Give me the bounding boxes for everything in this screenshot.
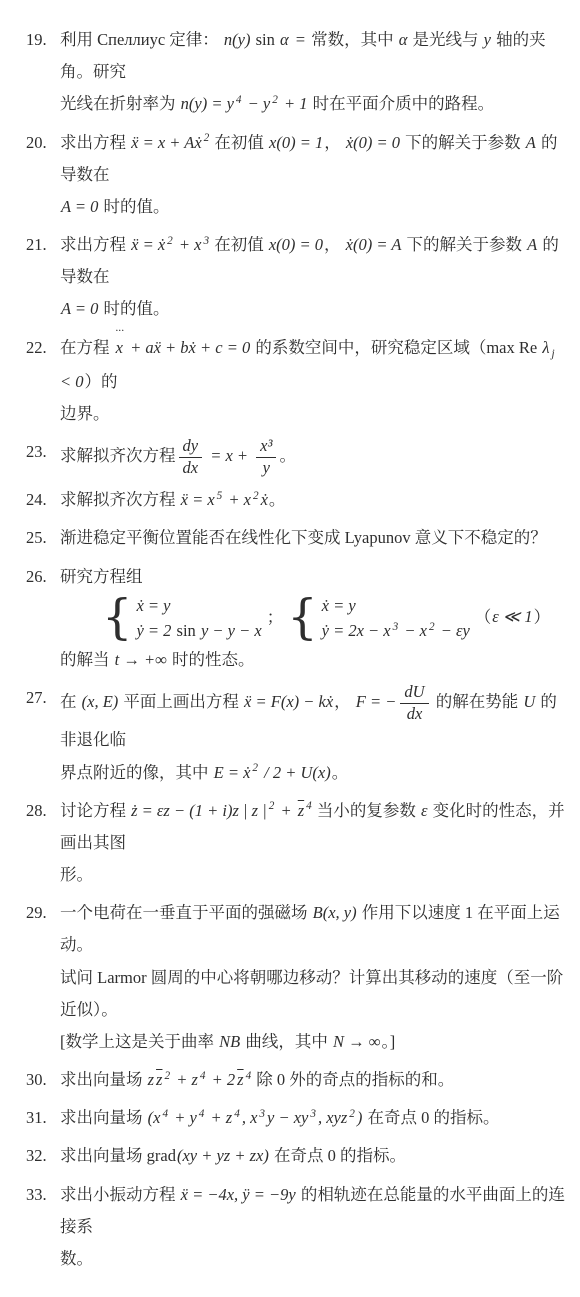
problem-item: 24.求解拟齐次方程 ẍ = x5 + x2ẋ。 xyxy=(26,484,570,516)
math-run: n(y) xyxy=(223,30,252,49)
math-run: + z xyxy=(171,1070,199,1089)
math-run: ẋ = y xyxy=(135,596,171,615)
system-rows: ẋ = yẏ = 2 sin y − y − x xyxy=(135,593,262,644)
problem-item: 21.求出方程 ẍ = ẋ2 + x3 在初值 x(0) = 0， ẋ(0) =… xyxy=(26,229,570,326)
problem-number: 28. xyxy=(26,795,60,892)
superscript: 2 xyxy=(251,762,259,774)
problem-item: 23.求解拟齐次方程dydx = x + x³y。 xyxy=(26,436,570,478)
math-run: ẏ = 2 xyxy=(135,621,176,640)
problem-line: 一个电荷在一垂直于平面的强磁场 B(x, y) 作用下以速度 1 在平面上运动。 xyxy=(60,897,570,961)
text-run: 求出小振动方程 xyxy=(60,1185,180,1204)
math-run: + z xyxy=(205,1108,233,1127)
system-brace: { xyxy=(287,598,317,639)
text-run: 在方程 xyxy=(60,338,114,357)
text-run: 形。 xyxy=(60,865,93,884)
math-run: ż = εz − (1 + i)z | z | xyxy=(130,801,268,820)
math-run: − εy xyxy=(436,621,471,640)
math-run: x(0) = 0 xyxy=(268,235,324,254)
text-run: 渐进稳定平衡位置能否在线性化下变成 Lyapunov 意义下不稳定的？ xyxy=(60,528,547,547)
math-run: y − y − x xyxy=(200,621,263,640)
text-run: 界点附近的像，其中 xyxy=(60,763,213,782)
math-run: / 2 + U(x) xyxy=(259,763,332,782)
math-run: x xyxy=(115,338,124,357)
math-run: ε xyxy=(420,801,429,820)
problem-number: 26. xyxy=(26,561,60,676)
text-run: ， xyxy=(324,235,345,254)
math-run: ẍ = x + Aẋ xyxy=(130,133,203,152)
math-run: x(0) = 1 xyxy=(268,133,324,152)
problem-number: 33. xyxy=(26,1179,60,1276)
math-run: A = 0 xyxy=(60,299,99,318)
fraction-numerator: dy xyxy=(179,436,203,458)
text-run: sin xyxy=(251,30,279,49)
superscript: 2 xyxy=(348,1108,356,1120)
problem-line: {ẋ = yẏ = 2 sin y − y − x；{ẋ = yẏ = 2x −… xyxy=(60,593,570,644)
math-run: ε ≪ 1 xyxy=(491,607,533,626)
text-run: [数学上这是关于曲率 xyxy=(60,1032,218,1051)
text-run: ， xyxy=(334,692,355,711)
text-run: 的解在势能 xyxy=(432,692,523,711)
text-run: 求出向量场 xyxy=(60,1146,147,1165)
superscript: 2 xyxy=(163,1070,171,1082)
text-run: 光线在折射率为 xyxy=(60,94,180,113)
text-run: 。] xyxy=(382,1032,396,1051)
problem-line: 数。 xyxy=(60,1243,570,1275)
text-run: ）的 xyxy=(85,372,118,391)
math-run: ẍ = F(x) − kẋ xyxy=(243,692,334,711)
problem-number: 31. xyxy=(26,1102,60,1134)
superscript: 4 xyxy=(199,1070,207,1082)
text-run: 利用 Спеллиус 定律： xyxy=(60,30,223,49)
fraction-numerator: x³ xyxy=(256,436,276,458)
math-run: + y xyxy=(169,1108,198,1127)
text-run: 在初值 xyxy=(210,133,268,152)
superscript: 3 xyxy=(309,1108,317,1120)
math-run: y − xy xyxy=(266,1108,309,1127)
document-page: 19.利用 Спеллиус 定律： n(y) sin α = 常数，其中 α … xyxy=(0,0,580,1297)
math-run: = x + xyxy=(205,446,253,465)
system-rows: ẋ = yẏ = 2x − x3 − x2 − εy xyxy=(321,593,471,644)
problem-item: 22.在方程 ···x + aẍ + bẋ + c = 0 的系数空间中，研究稳… xyxy=(26,332,570,431)
fraction: dydx xyxy=(179,436,203,478)
fraction-denominator: y xyxy=(259,458,274,479)
system-equation-row: ẋ = y xyxy=(321,593,471,619)
system-brace: { xyxy=(102,598,132,639)
text-run: 求出向量场 xyxy=(60,1070,147,1089)
text-run: 研究方程组 xyxy=(60,567,143,586)
text-run: 的系数空间中，研究稳定区域（ xyxy=(251,338,486,357)
math-run: B(x, y) xyxy=(312,903,358,922)
problem-body: 在 (x, E) 平面上画出方程 ẍ = F(x) − kẋ， F = −dUd… xyxy=(60,682,570,789)
overbar-term: z xyxy=(297,801,305,820)
text-run: 试问 Larmor 圆周的中心将朝哪边移动？计算出其移动的速度（至一阶近似）。 xyxy=(60,968,563,1019)
problem-item: 28.讨论方程 ż = εz − (1 + i)z | z |2 + z4 当小… xyxy=(26,795,570,892)
math-run: + aẍ + bẋ + c = 0 xyxy=(125,338,251,357)
text-run: 下的解关于参数 xyxy=(402,235,526,254)
problem-item: 32.求出向量场 grad(xy + yz + zx) 在奇点 0 的指标。 xyxy=(26,1140,570,1172)
superscript: 3 xyxy=(202,235,210,247)
problem-number: 29. xyxy=(26,897,60,1058)
text-run: 时在平面介质中的路程。 xyxy=(308,94,494,113)
equation-system: {ẋ = yẏ = 2x − x3 − x2 − εy xyxy=(287,593,471,644)
problem-item: 30.求出向量场 zz2 + z4 + 2z4 除 0 外的奇点的指标的和。 xyxy=(26,1064,570,1096)
problem-line: 求出向量场 zz2 + z4 + 2z4 除 0 外的奇点的指标的和。 xyxy=(60,1064,570,1096)
text-run: max Re xyxy=(486,338,541,357)
math-run: A = 0 xyxy=(60,197,99,216)
superscript: 2 xyxy=(271,94,279,106)
problem-line: 试问 Larmor 圆周的中心将朝哪边移动？计算出其移动的速度（至一阶近似）。 xyxy=(60,962,570,1026)
problem-line: 讨论方程 ż = εz − (1 + i)z | z |2 + z4 当小的复参… xyxy=(60,795,570,859)
text-run: 时的值。 xyxy=(99,299,169,318)
text-run: 除 0 外的奇点的指标的和。 xyxy=(252,1070,454,1089)
problem-line: 求出方程 ẍ = x + Aẋ2 在初值 x(0) = 1， ẋ(0) = 0 … xyxy=(60,127,570,191)
text-run: 时的值。 xyxy=(99,197,169,216)
problem-body: 求出向量场 zz2 + z4 + 2z4 除 0 外的奇点的指标的和。 xyxy=(60,1064,570,1096)
problem-number: 19. xyxy=(26,24,60,121)
problem-number: 23. xyxy=(26,436,60,478)
problem-body: 求解拟齐次方程 ẍ = x5 + x2ẋ。 xyxy=(60,484,570,516)
problem-item: 27.在 (x, E) 平面上画出方程 ẍ = F(x) − kẋ， F = −… xyxy=(26,682,570,789)
problem-line: 研究方程组 xyxy=(60,561,570,593)
math-run: + 2 xyxy=(207,1070,237,1089)
math-run: + x xyxy=(174,235,203,254)
problem-body: 求出向量场 grad(xy + yz + zx) 在奇点 0 的指标。 xyxy=(60,1140,570,1172)
problem-body: 求出小振动方程 ẍ = −4x, ÿ = −9y 的相轨迹在总能量的水平曲面上的… xyxy=(60,1179,570,1276)
problem-body: 求出方程 ẍ = x + Aẋ2 在初值 x(0) = 1， ẋ(0) = 0 … xyxy=(60,127,570,224)
problem-number: 24. xyxy=(26,484,60,516)
problem-number: 20. xyxy=(26,127,60,224)
text-run: 。 xyxy=(279,446,296,465)
problem-number: 25. xyxy=(26,522,60,554)
math-run: ẍ = x xyxy=(180,490,216,509)
problem-item: 31.求出向量场 (x4 + y4 + z4, x3y − xy3, xyz2)… xyxy=(26,1102,570,1134)
superscript: 4 xyxy=(235,94,243,106)
problem-line: 界点附近的像，其中 E = ẋ2 / 2 + U(x)。 xyxy=(60,757,570,789)
problem-number: 27. xyxy=(26,682,60,789)
text-run: 当小的复参数 xyxy=(313,801,420,820)
math-run: U xyxy=(522,692,536,711)
math-run: + 1 xyxy=(279,94,309,113)
text-run: 求出方程 xyxy=(60,235,130,254)
text-run: 是光线与 xyxy=(408,30,482,49)
third-derivative-term: ···x xyxy=(115,332,124,364)
problem-line: 渐进稳定平衡位置能否在线性化下变成 Lyapunov 意义下不稳定的？ xyxy=(60,522,570,554)
math-run: − x xyxy=(399,621,428,640)
problem-line: 光线在折射率为 n(y) = y4 − y2 + 1 时在平面介质中的路程。 xyxy=(60,88,570,120)
problem-body: 求解拟齐次方程dydx = x + x³y。 xyxy=(60,436,570,478)
text-run: 求出向量场 xyxy=(60,1108,147,1127)
superscript: 4 xyxy=(305,800,313,812)
problem-body: 讨论方程 ż = εz − (1 + i)z | z |2 + z4 当小的复参… xyxy=(60,795,570,892)
problem-line: 在方程 ···x + aẍ + bẋ + c = 0 的系数空间中，研究稳定区域… xyxy=(60,332,570,398)
math-run: α xyxy=(279,30,290,49)
math-run: λ xyxy=(541,338,550,357)
problem-line: 求出向量场 (x4 + y4 + z4, x3y − xy3, xyz2) 在奇… xyxy=(60,1102,570,1134)
problem-item: 20.求出方程 ẍ = x + Aẋ2 在初值 x(0) = 1， ẋ(0) =… xyxy=(26,127,570,224)
math-run: ẍ = ẋ xyxy=(130,235,166,254)
text-run: grad xyxy=(147,1146,176,1165)
text-run: 在奇点 0 的指标。 xyxy=(270,1146,406,1165)
math-run: ẋ(0) = A xyxy=(345,235,403,254)
problem-number: 32. xyxy=(26,1140,60,1172)
problem-number: 22. xyxy=(26,332,60,431)
math-run: t → +∞ xyxy=(114,650,168,669)
subscript: j xyxy=(551,348,556,360)
superscript: 4 xyxy=(161,1108,169,1120)
text-run: 求解拟齐次方程 xyxy=(60,446,176,465)
math-run: ẏ = 2x − x xyxy=(321,621,392,640)
text-run: 求出方程 xyxy=(60,133,130,152)
superscript: 4 xyxy=(233,1108,241,1120)
math-run: (x, E) xyxy=(81,692,120,711)
math-run: NB xyxy=(218,1032,241,1051)
math-run: + x xyxy=(223,490,252,509)
equation-system: {ẋ = yẏ = 2 sin y − y − x xyxy=(102,593,263,644)
problem-line: 求出向量场 grad(xy + yz + zx) 在奇点 0 的指标。 xyxy=(60,1140,570,1172)
problem-item: 33.求出小振动方程 ẍ = −4x, ÿ = −9y 的相轨迹在总能量的水平曲… xyxy=(26,1179,570,1276)
superscript: 2 xyxy=(252,490,260,502)
text-run: ； xyxy=(267,607,284,626)
triple-dot-accent: ··· xyxy=(115,325,124,337)
superscript: 2 xyxy=(428,621,436,633)
math-run: ẋ xyxy=(260,490,269,509)
text-run: 在 xyxy=(60,692,81,711)
problem-number: 21. xyxy=(26,229,60,326)
text-run: （ xyxy=(475,607,492,626)
problem-line: 求解拟齐次方程 ẍ = x5 + x2ẋ。 xyxy=(60,484,570,516)
text-run: 讨论方程 xyxy=(60,801,130,820)
text-run: 在奇点 0 的指标。 xyxy=(363,1108,499,1127)
problem-number: 30. xyxy=(26,1064,60,1096)
problem-body: 研究方程组{ẋ = yẏ = 2 sin y − y − x；{ẋ = yẏ =… xyxy=(60,561,570,676)
math-run: (xy + yz + zx) xyxy=(176,1146,270,1165)
text-run: 常数，其中 xyxy=(311,30,398,49)
math-run: z xyxy=(147,1070,155,1089)
math-run: A xyxy=(526,235,538,254)
text-run: ） xyxy=(534,607,551,626)
problem-line: 求解拟齐次方程dydx = x + x³y。 xyxy=(60,436,570,478)
fraction-numerator: dU xyxy=(400,682,428,704)
text-run: 。 xyxy=(269,490,286,509)
problem-line: 求出小振动方程 ẍ = −4x, ÿ = −9y 的相轨迹在总能量的水平曲面上的… xyxy=(60,1179,570,1243)
text-run: sin xyxy=(177,621,200,640)
problem-body: 在方程 ···x + aẍ + bẋ + c = 0 的系数空间中，研究稳定区域… xyxy=(60,332,570,431)
fraction: dUdx xyxy=(400,682,428,724)
overbar-term: z xyxy=(236,1070,244,1089)
text-run: 数。 xyxy=(60,1249,93,1268)
math-run: y xyxy=(483,30,492,49)
problem-line: 的解当 t → +∞ 时的性态。 xyxy=(60,644,570,676)
math-run: E = ẋ xyxy=(213,763,252,782)
text-run: 一个电荷在一垂直于平面的强磁场 xyxy=(60,903,312,922)
math-run: N → ∞ xyxy=(332,1032,382,1051)
text-run: ， xyxy=(324,133,345,152)
math-run: + xyxy=(275,801,296,820)
text-run: 的解当 xyxy=(60,650,114,669)
system-equation-row: ẏ = 2x − x3 − x2 − εy xyxy=(321,618,471,644)
problem-item: 25.渐进稳定平衡位置能否在线性化下变成 Lyapunov 意义下不稳定的？ xyxy=(26,522,570,554)
math-run: − y xyxy=(243,94,272,113)
math-run: α xyxy=(398,30,409,49)
fraction: x³y xyxy=(256,436,276,478)
math-run: = xyxy=(290,30,311,49)
problem-list: 19.利用 Спеллиус 定律： n(y) sin α = 常数，其中 α … xyxy=(26,24,570,1275)
math-run: , xyz xyxy=(317,1108,348,1127)
superscript: 2 xyxy=(166,235,174,247)
fraction-denominator: dx xyxy=(403,704,427,725)
problem-line: 边界。 xyxy=(60,398,570,430)
problem-line: 求出方程 ẍ = ẋ2 + x3 在初值 x(0) = 0， ẋ(0) = A … xyxy=(60,229,570,293)
math-run: A xyxy=(525,133,537,152)
fraction-denominator: dx xyxy=(179,458,203,479)
text-run: 求解拟齐次方程 xyxy=(60,490,180,509)
text-run: 边界。 xyxy=(60,404,110,423)
text-run: 曲线，其中 xyxy=(241,1032,332,1051)
problem-body: 一个电荷在一垂直于平面的强磁场 B(x, y) 作用下以速度 1 在平面上运动。… xyxy=(60,897,570,1058)
superscript: 3 xyxy=(258,1108,266,1120)
system-equation-row: ẏ = 2 sin y − y − x xyxy=(135,618,262,644)
math-run: ẋ(0) = 0 xyxy=(345,133,401,152)
text-run: 。 xyxy=(332,763,349,782)
math-run: F = − xyxy=(355,692,398,711)
problem-item: 29.一个电荷在一垂直于平面的强磁场 B(x, y) 作用下以速度 1 在平面上… xyxy=(26,897,570,1058)
problem-line: 在 (x, E) 平面上画出方程 ẍ = F(x) − kẋ， F = −dUd… xyxy=(60,682,570,756)
problem-line: A = 0 时的值。 xyxy=(60,191,570,223)
math-run: (x xyxy=(147,1108,162,1127)
problem-line: [数学上这是关于曲率 NB 曲线，其中 N → ∞。] xyxy=(60,1026,570,1058)
problem-line: 形。 xyxy=(60,859,570,891)
problem-item: 26.研究方程组{ẋ = yẏ = 2 sin y − y − x；{ẋ = y… xyxy=(26,561,570,676)
system-equation-row: ẋ = y xyxy=(135,593,262,619)
problem-body: 利用 Спеллиус 定律： n(y) sin α = 常数，其中 α 是光线… xyxy=(60,24,570,121)
problem-body: 求出方程 ẍ = ẋ2 + x3 在初值 x(0) = 0， ẋ(0) = A … xyxy=(60,229,570,326)
problem-item: 19.利用 Спеллиус 定律： n(y) sin α = 常数，其中 α … xyxy=(26,24,570,121)
text-run: 时的性态。 xyxy=(168,650,255,669)
problem-body: 求出向量场 (x4 + y4 + z4, x3y − xy3, xyz2) 在奇… xyxy=(60,1102,570,1134)
math-run: ẋ = y xyxy=(321,596,357,615)
text-run: 下的解关于参数 xyxy=(401,133,525,152)
math-run: n(y) = y xyxy=(180,94,235,113)
text-run: 平面上画出方程 xyxy=(119,692,243,711)
problem-line: 利用 Спеллиус 定律： n(y) sin α = 常数，其中 α 是光线… xyxy=(60,24,570,88)
text-run: 在初值 xyxy=(210,235,268,254)
math-run: ẍ = −4x, ÿ = −9y xyxy=(180,1185,297,1204)
problem-body: 渐进稳定平衡位置能否在线性化下变成 Lyapunov 意义下不稳定的？ xyxy=(60,522,570,554)
math-run: , x xyxy=(241,1108,259,1127)
problem-line: A = 0 时的值。 xyxy=(60,293,570,325)
